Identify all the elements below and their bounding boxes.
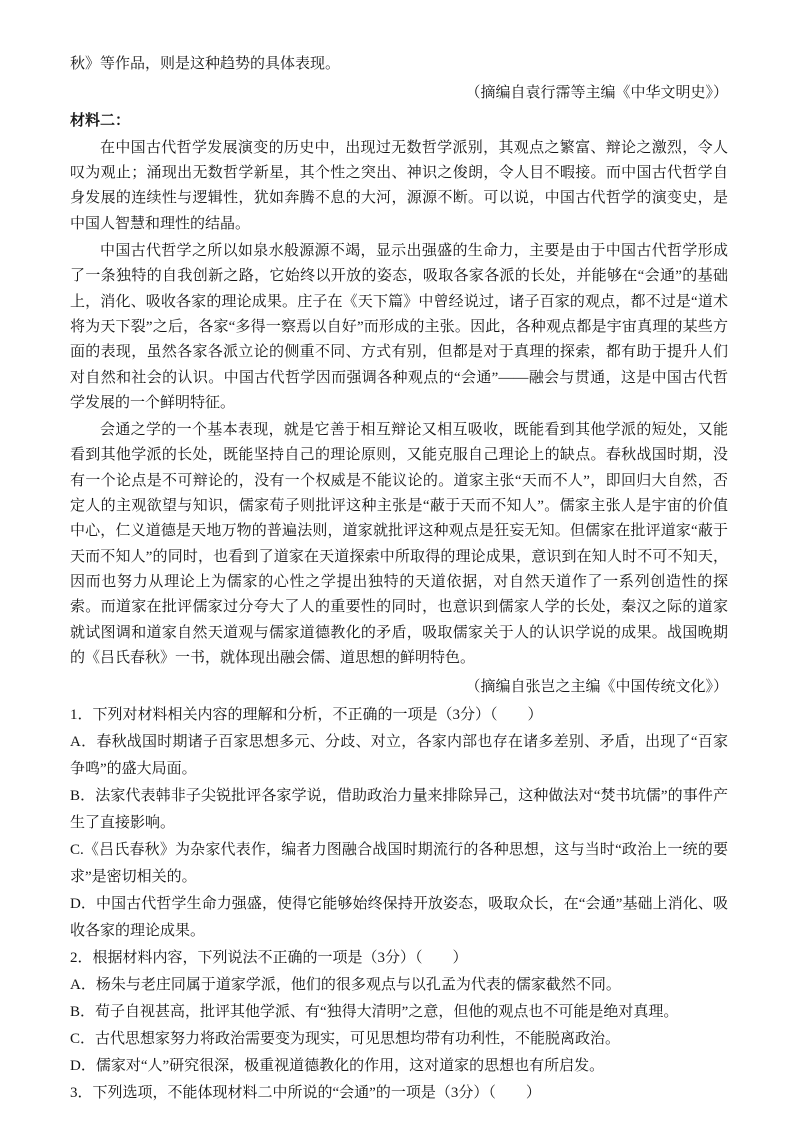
question-2-option-c: C．古代思想家努力将政治需要变为现实，可见思想均带有功利性，不能脱离政治。 (70, 1026, 728, 1053)
material2-paragraph-1: 在中国古代哲学发展演变的历史中，出现过无数哲学派别，其观点之繁富、辩论之激烈，令… (70, 136, 728, 237)
question-3: 3．下列选项，不能体现材料二中所说的“会通”的一项是（3分）（ ） (70, 1080, 728, 1107)
question-1-option-d: D．中国古代哲学生命力强盛，使得它能够始终保持开放姿态，吸取众长，在“会通”基础… (70, 891, 728, 945)
question-2-option-d: D．儒家对“人”研究很深，极重视道德教化的作用，这对道家的思想也有所启发。 (70, 1053, 728, 1080)
question-2-option-b: B．荀子自视甚高，批评其他学派、有“独得大清明”之意，但他的观点也不可能是绝对真… (70, 999, 728, 1026)
question-2-stem: 2．根据材料内容，下列说法不正确的一项是（3分）（ ） (70, 945, 728, 972)
material1-attribution: （摘编自袁行霈等主编《中华文明史》） (70, 81, 728, 106)
question-3-stem: 3．下列选项，不能体现材料二中所说的“会通”的一项是（3分）（ ） (70, 1080, 728, 1107)
question-1-stem: 1．下列对材料相关内容的理解和分析，不正确的一项是（3分）（ ） (70, 702, 728, 729)
material1-tail-line: 秋》等作品，则是这种趋势的具体表现。 (70, 52, 728, 77)
question-1: 1．下列对材料相关内容的理解和分析，不正确的一项是（3分）（ ） A．春秋战国时… (70, 702, 728, 945)
question-1-option-c: C.《吕氏春秋》为杂家代表作，编者力图融合战国时期流行的各种思想，这与当时“政治… (70, 837, 728, 891)
exam-paper-page: 秋》等作品，则是这种趋势的具体表现。 （摘编自袁行霈等主编《中华文明史》） 材料… (0, 0, 794, 1123)
material2-label: 材料二： (70, 109, 728, 134)
material2-paragraph-2: 中国古代哲学之所以如泉水般源源不竭，显示出强盛的生命力，主要是由于中国古代哲学形… (70, 239, 728, 416)
material2-paragraph-3: 会通之学的一个基本表现，就是它善于相互辩论又相互吸收，既能看到其他学派的短处，又… (70, 418, 728, 671)
material2-attribution: （摘编自张岂之主编《中国传统文化》） (70, 675, 728, 700)
question-2: 2．根据材料内容，下列说法不正确的一项是（3分）（ ） A．杨朱与老庄同属于道家… (70, 945, 728, 1080)
reading-materials-section: 秋》等作品，则是这种趋势的具体表现。 （摘编自袁行霈等主编《中华文明史》） 材料… (70, 52, 728, 700)
questions-section: 1．下列对材料相关内容的理解和分析，不正确的一项是（3分）（ ） A．春秋战国时… (70, 702, 728, 1107)
question-1-option-a: A．春秋战国时期诸子百家思想多元、分歧、对立，各家内部也存在诸多差别、矛盾，出现… (70, 729, 728, 783)
question-2-option-a: A．杨朱与老庄同属于道家学派，他们的很多观点与以孔孟为代表的儒家截然不同。 (70, 972, 728, 999)
question-1-option-b: B．法家代表韩非子尖锐批评各家学说，借助政治力量来排除异己，这种做法对“焚书坑儒… (70, 783, 728, 837)
page-content: 秋》等作品，则是这种趋势的具体表现。 （摘编自袁行霈等主编《中华文明史》） 材料… (0, 0, 794, 1107)
